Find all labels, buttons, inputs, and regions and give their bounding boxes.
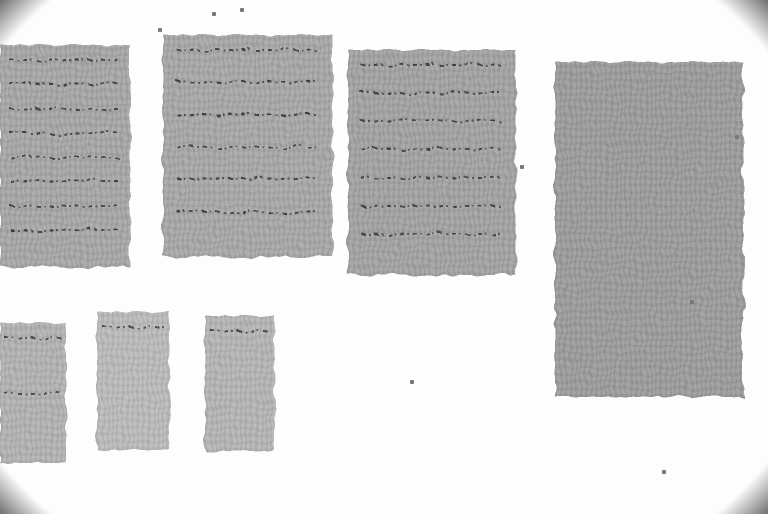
papyrus-fragment-top-left xyxy=(0,45,130,267)
debris-speck xyxy=(212,12,216,16)
ink-text-line xyxy=(10,180,119,182)
ink-text-line xyxy=(10,205,119,207)
ink-text-line xyxy=(361,64,502,66)
ink-text-line xyxy=(361,205,502,207)
ink-text-line xyxy=(103,326,164,328)
papyrus-fragment-right-large xyxy=(555,62,743,397)
ink-text-line xyxy=(5,337,60,339)
ink-text-line xyxy=(361,233,502,235)
papyrus-fragment-bottom-left xyxy=(0,323,66,463)
ink-text-line xyxy=(10,229,119,231)
ink-text-line xyxy=(5,393,60,395)
papyrus-fragment-top-center-left xyxy=(163,35,333,257)
debris-speck xyxy=(690,300,694,304)
ink-text-line xyxy=(177,146,320,148)
ink-text-line xyxy=(177,211,320,213)
papyrus-photo xyxy=(0,0,768,514)
debris-speck xyxy=(520,165,524,169)
debris-speck xyxy=(240,8,244,12)
ink-text-line xyxy=(10,108,119,110)
papyrus-fragment-bottom-right-small xyxy=(205,316,275,451)
papyrus-fragment-top-center xyxy=(348,50,516,275)
ink-text-line xyxy=(177,81,320,83)
debris-speck xyxy=(410,380,414,384)
debris-speck xyxy=(735,135,739,139)
ink-text-line xyxy=(10,156,119,158)
ink-text-line xyxy=(177,178,320,180)
ink-text-line xyxy=(211,330,270,332)
ink-text-line xyxy=(361,120,502,122)
ink-text-line xyxy=(361,148,502,150)
ink-text-line xyxy=(10,132,119,134)
ink-text-line xyxy=(10,83,119,85)
ink-text-line xyxy=(361,92,502,94)
ink-text-line xyxy=(361,177,502,179)
debris-speck xyxy=(662,470,666,474)
papyrus-fragment-bottom-middle xyxy=(97,312,170,450)
debris-speck xyxy=(158,28,162,32)
ink-text-line xyxy=(177,114,320,116)
ink-text-line xyxy=(10,59,119,61)
ink-text-line xyxy=(177,49,320,51)
